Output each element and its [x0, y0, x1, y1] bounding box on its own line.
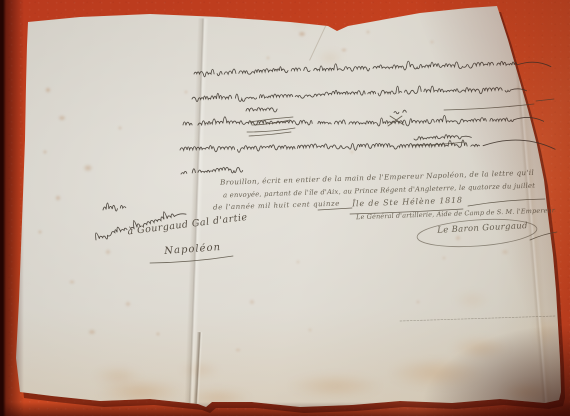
ink-mark — [249, 132, 291, 136]
ink-mark — [468, 199, 545, 206]
draft-cursive-line — [181, 167, 243, 174]
ink-mark — [247, 128, 295, 132]
draft-cursive-line — [180, 140, 555, 152]
draft-cursive-line — [192, 86, 527, 102]
ink-mark — [444, 104, 534, 110]
draft-cursive-line — [246, 108, 277, 112]
draft-cursive-line — [194, 61, 551, 77]
ink-mark — [318, 208, 352, 210]
photo-of-manuscript: Brouillon, écrit en entier de la main de… — [0, 0, 570, 416]
ink-mark — [150, 256, 233, 263]
draft-cursive-line — [414, 135, 471, 140]
draft-cursive-line — [103, 203, 126, 211]
engraver-imprint — [400, 316, 556, 321]
ink-mark — [390, 116, 404, 125]
draft-cursive-line — [183, 115, 544, 126]
draft-cursive-line — [394, 110, 406, 114]
ink-mark — [536, 99, 554, 101]
